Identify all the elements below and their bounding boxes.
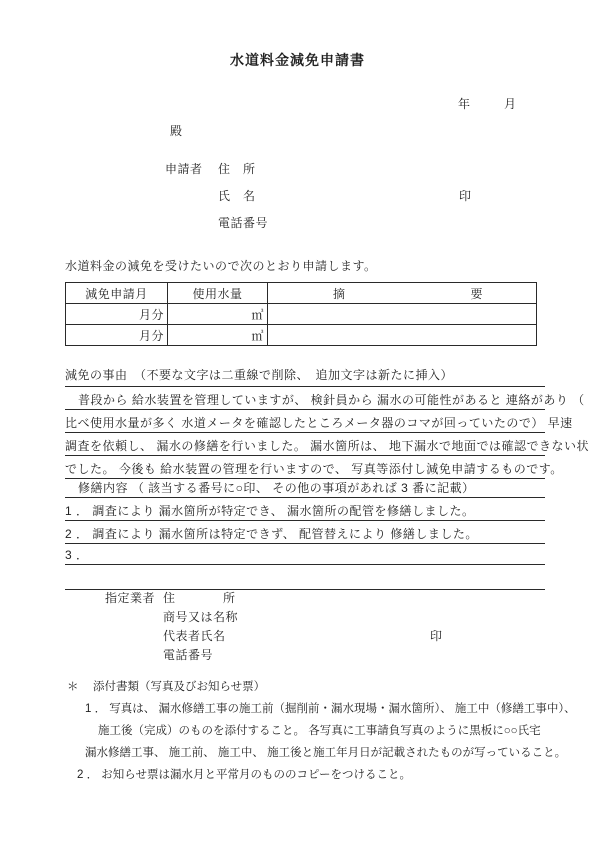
reason-line-3: 調査を依頼し、 漏水の修繕を行いました。 漏水箇所は、 地下漏水で地面では確認で… <box>65 433 545 456</box>
header-volume: 使用水量 <box>168 283 268 304</box>
usage-row-2-note <box>268 325 537 346</box>
date-year-label: 年 <box>458 95 471 112</box>
usage-row-2: 月分 ㎥ <box>66 325 537 346</box>
contractor-phone-label: 電話番号 <box>163 646 213 663</box>
header-note-left: 摘 <box>333 285 346 302</box>
repair-content-heading: 修繕内容 （ 該当する番号に○印、 その他の事項があれば 3 番に記載） <box>65 479 545 498</box>
intro-sentence: 水道料金の減免を受けたいので次のとおり申請します。 <box>65 257 377 274</box>
applicant-name-label: 氏 名 <box>218 187 256 204</box>
date-month-label: 月 <box>504 95 517 112</box>
header-note: 摘 要 <box>271 285 533 302</box>
applicant-label: 申請者 <box>165 160 203 177</box>
applicant-seal-label: 印 <box>459 187 472 204</box>
usage-row-2-unit: ㎥ <box>168 325 268 346</box>
attachments-line-3: 漏水修繕工事、 施工前、 施工中、 施工後と施工年月日が記載されたものが写ってい… <box>85 744 566 760</box>
reason-ruled-area: 普段から 給水装置を管理していますが、 検針員から 漏水の可能性があると 連絡が… <box>65 386 545 590</box>
header-month: 減免申請月 <box>66 283 168 304</box>
repair-option-blank-line <box>65 565 545 590</box>
attachments-marker: ＊ <box>67 678 79 694</box>
usage-row-1-note <box>268 304 537 325</box>
document-page: 水道料金減免申請書 年 月 殿 申請者 住 所 氏 名 印 電話番号 水道料金の… <box>0 0 595 842</box>
attachments-heading: 添付書類（写真及びお知らせ票） <box>93 678 265 694</box>
applicant-phone-label: 電話番号 <box>218 214 268 231</box>
contractor-representative-label: 代表者氏名 <box>163 627 226 644</box>
addressee-suffix: 殿 <box>170 122 183 139</box>
page-title: 水道料金減免申請書 <box>0 50 595 70</box>
header-note-right: 要 <box>471 285 484 302</box>
contractor-address-label-left: 住 <box>163 589 176 606</box>
contractor-seal-label: 印 <box>430 627 443 644</box>
attachments-line-4: 2 ． お知らせ票は漏水月と平常月のもののコピーをつけること。 <box>77 766 411 782</box>
attachments-line-1: 1 ． 写真は、 漏水修繕工事の施工前（掘削前・漏水現場・漏水箇所）、 施工中（… <box>85 700 576 716</box>
usage-table: 減免申請月 使用水量 摘 要 月分 ㎥ 月分 ㎥ <box>65 282 537 346</box>
reason-heading: 減免の事由 （不要な文字は二重線で削除、 追加文字は新たに挿入） <box>65 366 453 383</box>
usage-row-1-month: 月分 <box>66 304 168 325</box>
reason-line-1: 普段から 給水装置を管理していますが、 検針員から 漏水の可能性があると 連絡が… <box>65 387 545 410</box>
usage-row-2-month: 月分 <box>66 325 168 346</box>
reason-line-4: でした。 今後も 給水装置の管理を行いますので、 写真等添付し減免申請するもので… <box>65 456 545 479</box>
repair-option-1: 1 ． 調査により 漏水箇所が特定でき、 漏水箇所の配管を修繕しました。 <box>65 498 545 521</box>
reason-line-2: 比べ使用水量が多く 水道メータを確認したところメータ器のコマが回っていたので） … <box>65 410 545 433</box>
repair-option-3: 3 ． <box>65 544 545 565</box>
applicant-address-label: 住 所 <box>218 160 256 177</box>
contractor-address-label-right: 所 <box>223 589 236 606</box>
contractor-label: 指定業者 <box>105 589 155 606</box>
attachments-line-2: 施工後（完成）のものを添付すること。 各写真に工事請負写真のように黒板に○○氏宅 <box>98 722 541 738</box>
usage-table-header-row: 減免申請月 使用水量 摘 要 <box>66 283 537 304</box>
contractor-trade-name-label: 商号又は名称 <box>163 608 238 625</box>
repair-option-2: 2 ． 調査により 漏水箇所は特定できず、 配管替えにより 修繕しました。 <box>65 521 545 544</box>
usage-row-1-unit: ㎥ <box>168 304 268 325</box>
usage-row-1: 月分 ㎥ <box>66 304 537 325</box>
